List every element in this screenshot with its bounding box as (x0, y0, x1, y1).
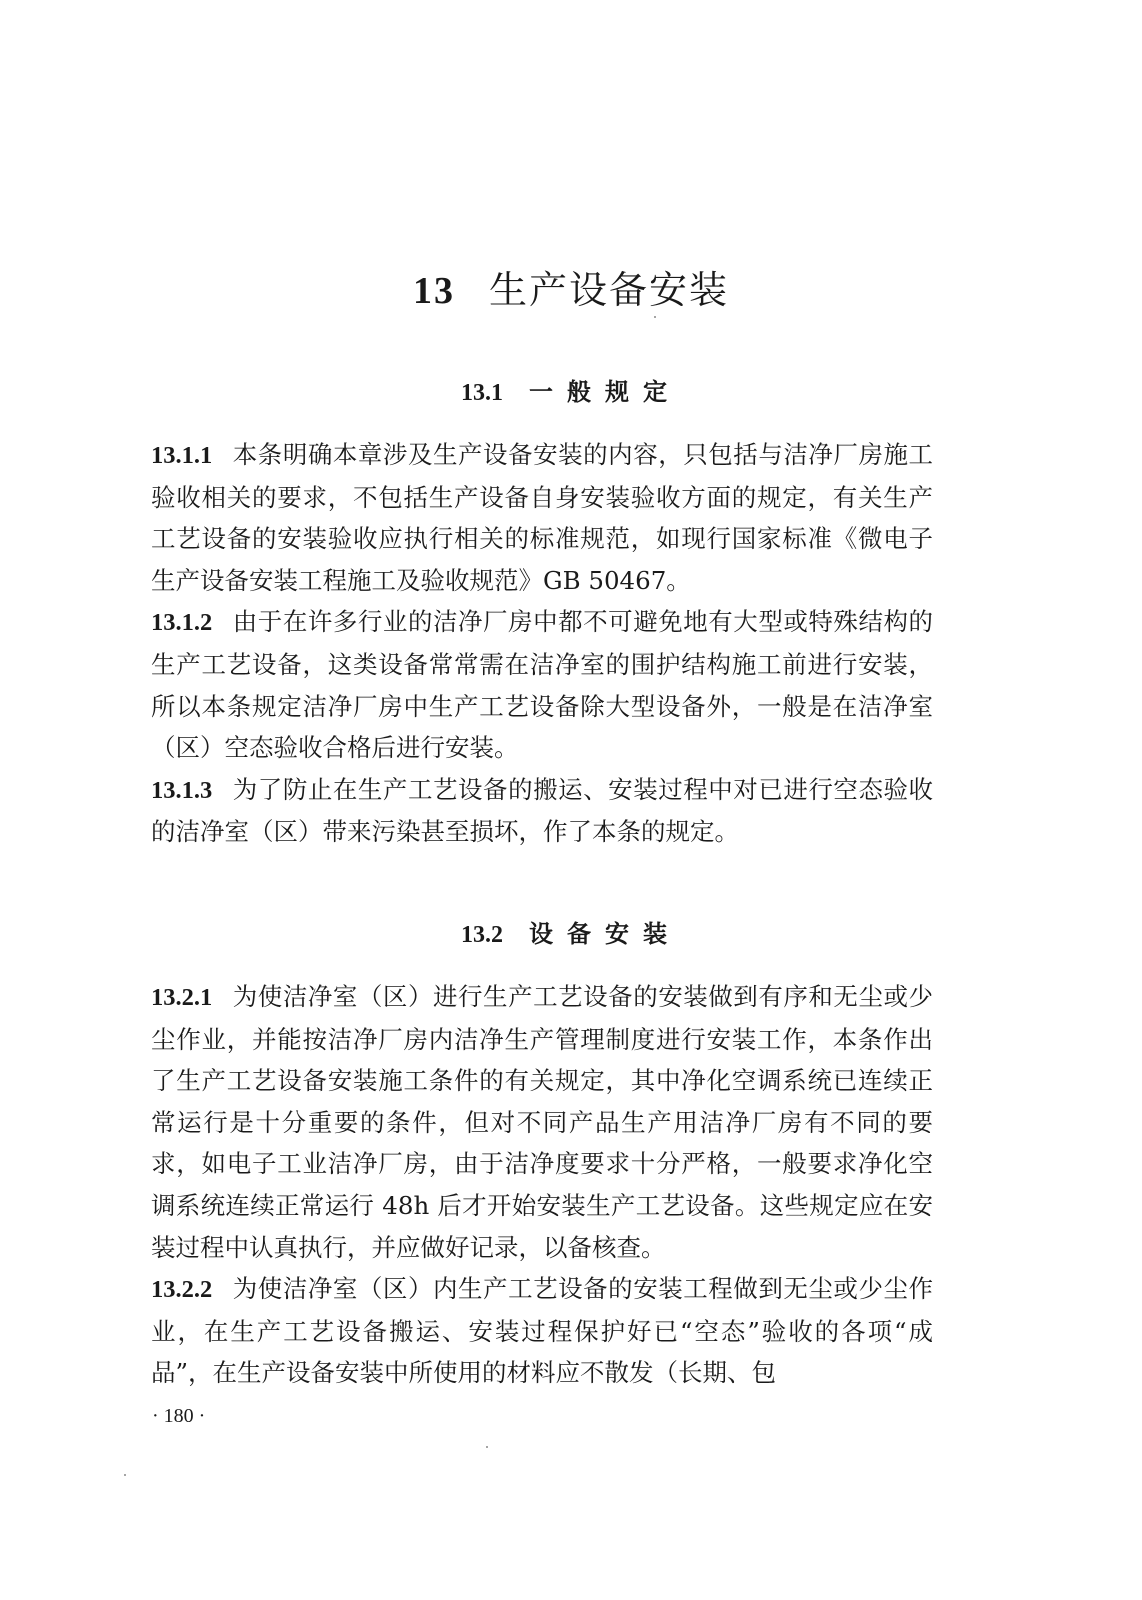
clause-text: 本条明确本章涉及生产设备安装的内容，只包括与洁净厂房施工验收相关的要求，不包括生… (151, 440, 933, 595)
section-title-text: 设备安装 (529, 919, 681, 948)
scan-speck (654, 316, 656, 318)
section-heading-13-1: 13.1一般规定 (0, 374, 1142, 411)
section-number: 13.2 (461, 922, 503, 948)
clause-number: 13.1.1 (151, 442, 212, 469)
scan-speck (124, 1474, 126, 1476)
clause-number: 13.1.3 (151, 777, 212, 804)
page-number: · 180 · (152, 1402, 205, 1430)
section-title-text: 一般规定 (529, 377, 681, 406)
clause-13-2-1: 13.2.1为使洁净室（区）进行生产工艺设备的安装做到有序和无尘或少尘作业，并能… (151, 976, 933, 1268)
clause-13-1-3: 13.1.3为了防止在生产工艺设备的搬运、安装过程中对已进行空态验收的洁净室（区… (151, 769, 933, 853)
document-page: 13生产设备安装 13.1一般规定 13.1.1本条明确本章涉及生产设备安装的内… (0, 0, 1142, 1600)
clause-number: 13.2.2 (151, 1276, 212, 1303)
section-heading-13-2: 13.2设备安装 (0, 916, 1142, 953)
chapter-title: 13生产设备安装 (0, 262, 1142, 319)
clause-13-1-1: 13.1.1本条明确本章涉及生产设备安装的内容，只包括与洁净厂房施工验收相关的要… (151, 434, 933, 601)
chapter-title-text: 生产设备安装 (489, 268, 729, 312)
chapter-number: 13 (413, 270, 455, 312)
section-13-1-body: 13.1.1本条明确本章涉及生产设备安装的内容，只包括与洁净厂房施工验收相关的要… (151, 434, 933, 853)
clause-13-1-2: 13.1.2由于在许多行业的洁净厂房中都不可避免地有大型或特殊结构的生产工艺设备… (151, 601, 933, 768)
clause-text: 由于在许多行业的洁净厂房中都不可避免地有大型或特殊结构的生产工艺设备，这类设备常… (151, 607, 933, 762)
section-13-2-body: 13.2.1为使洁净室（区）进行生产工艺设备的安装做到有序和无尘或少尘作业，并能… (151, 976, 933, 1394)
clause-13-2-2: 13.2.2为使洁净室（区）内生产工艺设备的安装工程做到无尘或少尘作业，在生产工… (151, 1268, 933, 1394)
clause-text: 为使洁净室（区）内生产工艺设备的安装工程做到无尘或少尘作业，在生产工艺设备搬运、… (151, 1274, 933, 1387)
clause-text: 为使洁净室（区）进行生产工艺设备的安装做到有序和无尘或少尘作业，并能按洁净厂房内… (151, 982, 933, 1262)
clause-number: 13.1.2 (151, 609, 212, 636)
scan-speck (486, 1446, 488, 1448)
section-number: 13.1 (461, 380, 503, 406)
clause-number: 13.2.1 (151, 984, 212, 1011)
clause-text: 为了防止在生产工艺设备的搬运、安装过程中对已进行空态验收的洁净室（区）带来污染甚… (151, 775, 933, 847)
